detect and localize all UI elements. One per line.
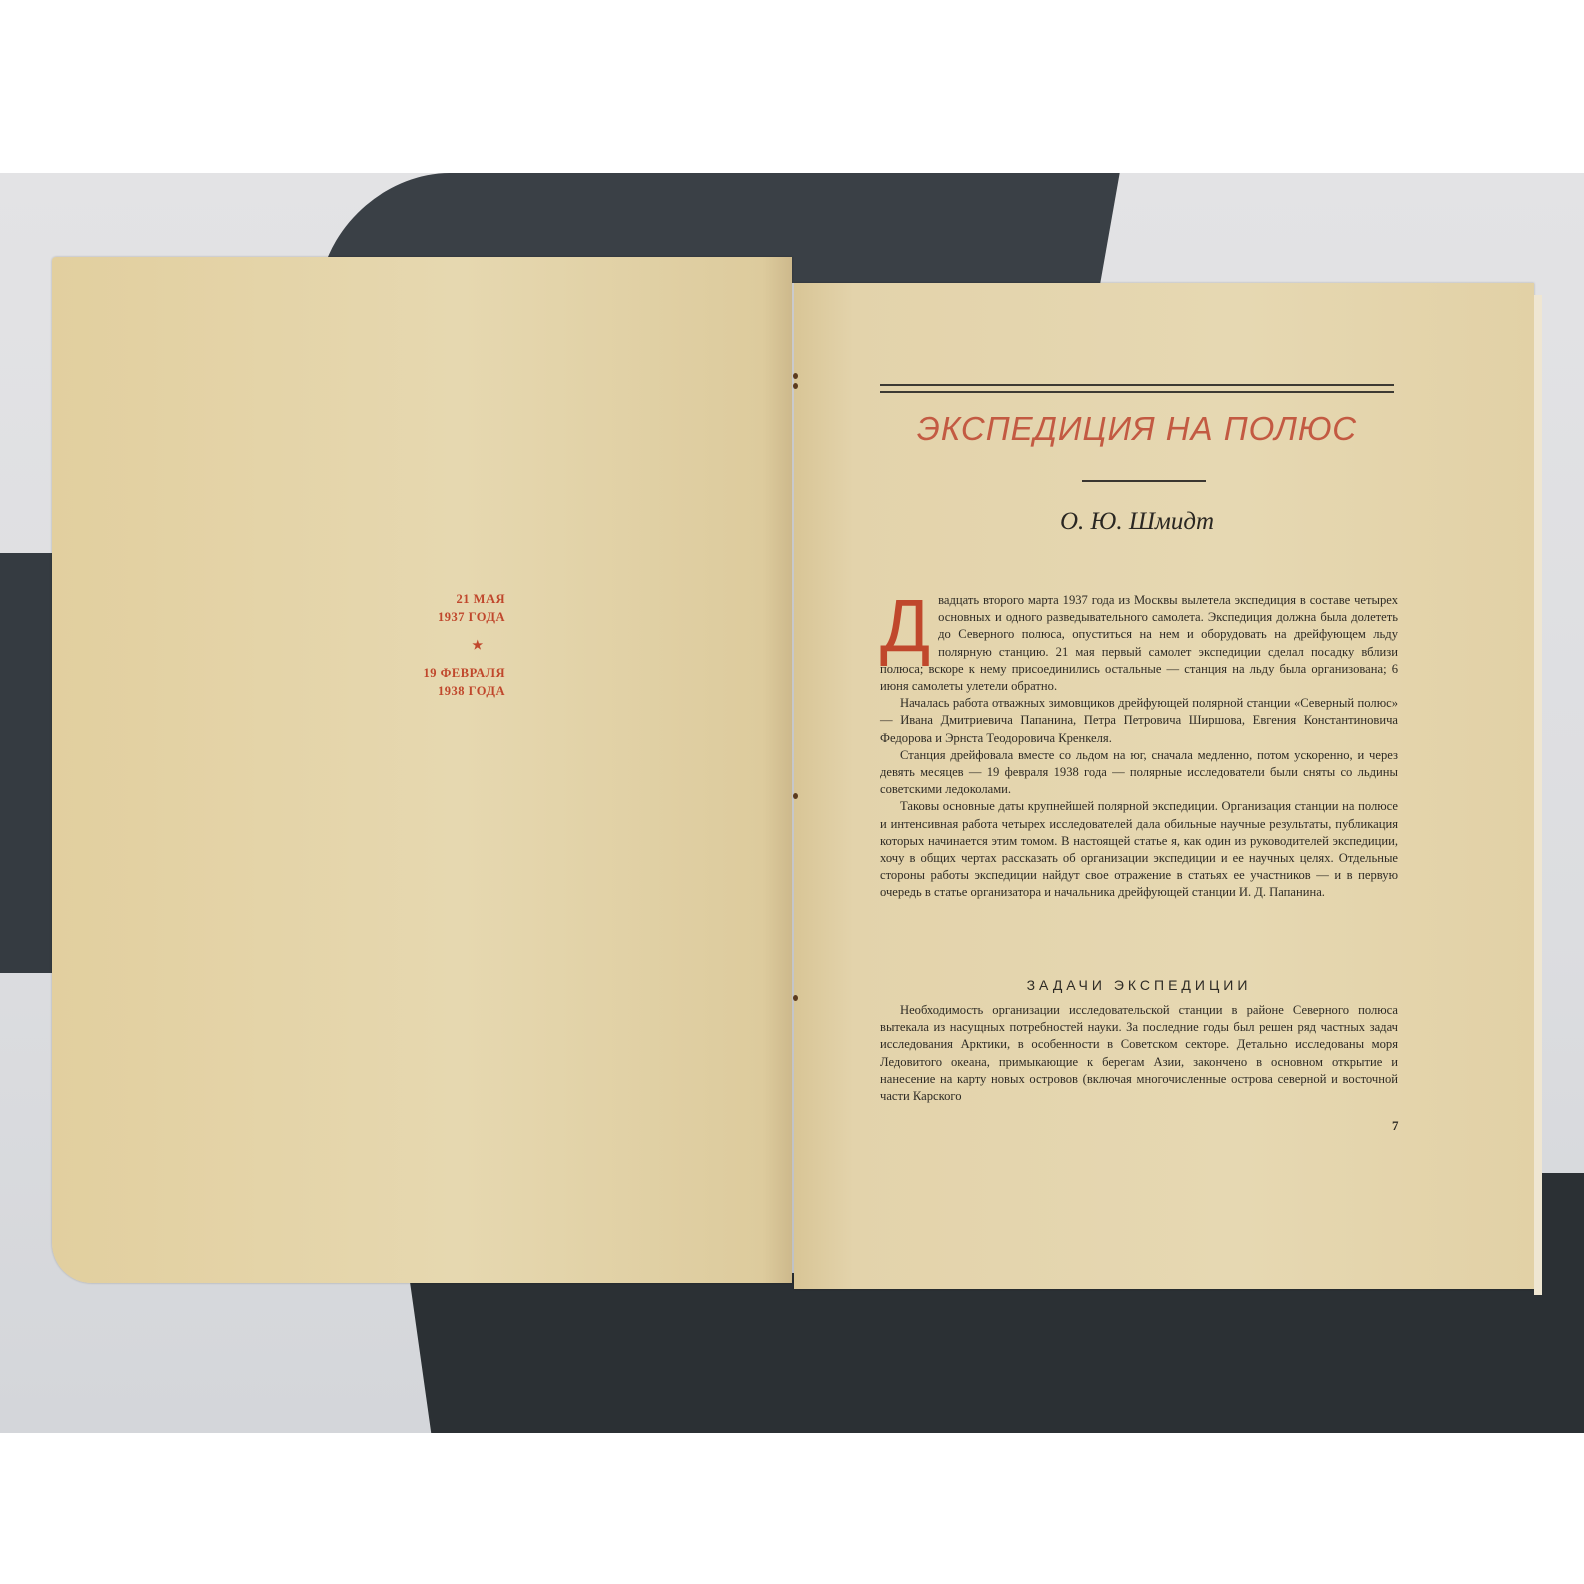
expedition-dates: 21 МАЯ 1937 ГОДА ★ 19 ФЕВРАЛЯ 1938 ГОДА <box>395 590 505 700</box>
start-date-day: 21 МАЯ <box>395 590 505 608</box>
title-underline <box>1082 480 1206 482</box>
left-page <box>52 257 792 1283</box>
paragraph: Двадцать второго марта 1937 года из Моск… <box>880 592 1398 695</box>
drop-cap: Д <box>880 594 930 658</box>
title-double-rule <box>880 384 1394 393</box>
start-date-year: 1937 ГОДА <box>395 608 505 626</box>
binding-stitches <box>793 373 799 1073</box>
article-title: ЭКСПЕДИЦИЯ НА ПОЛЮС <box>880 410 1394 448</box>
page-edges <box>1534 295 1542 1295</box>
page-number: 7 <box>1392 1118 1399 1134</box>
article-author: О. Ю. Шмидт <box>880 508 1394 536</box>
leather-folder-bottom <box>409 1273 1584 1433</box>
end-date-year: 1938 ГОДА <box>395 682 505 700</box>
end-date-day: 19 ФЕВРАЛЯ <box>395 664 505 682</box>
paragraph: Таковы основные даты крупнейшей полярной… <box>880 798 1398 901</box>
paragraph: Началась работа отважных зимовщиков дрей… <box>880 695 1398 747</box>
article-body: Двадцать второго марта 1937 года из Моск… <box>880 592 1398 902</box>
star-icon: ★ <box>395 636 505 654</box>
paragraph: Станция дрейфовала вместе со льдом на юг… <box>880 747 1398 799</box>
paragraph: Необходимость организации исследовательс… <box>880 1002 1398 1105</box>
section-heading: ЗАДАЧИ ЭКСПЕДИЦИИ <box>880 977 1398 993</box>
section-body: Необходимость организации исследовательс… <box>880 1002 1398 1105</box>
